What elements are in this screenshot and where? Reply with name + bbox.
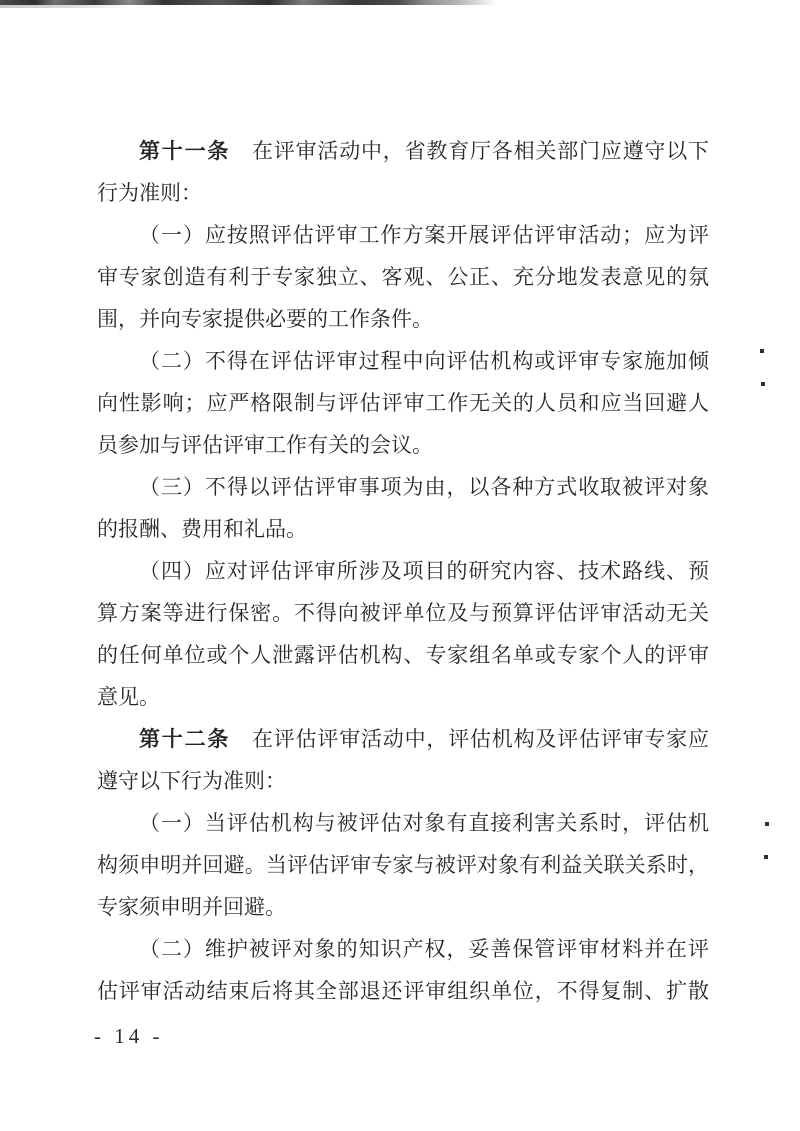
scan-speck xyxy=(764,855,768,859)
scan-speck xyxy=(761,382,765,386)
text-line: 专家须申明并回避。 xyxy=(97,886,709,928)
document-page: 第十一条 在评审活动中，省教育厅各相关部门应遵守以下行为准则：（一）应按照评估评… xyxy=(0,0,800,1131)
paragraph: （四）应对评估评审所涉及项目的研究内容、技术路线、预算方案等进行保密。不得向被评… xyxy=(97,550,709,718)
text-line: 行为准则： xyxy=(97,172,709,214)
text-line: 意见。 xyxy=(97,676,709,718)
text-line: （一）应按照评估评审工作方案开展评估评审活动；应为评 xyxy=(97,214,709,256)
paragraph: 第十二条 在评估评审活动中，评估机构及评估评审专家应遵守以下行为准则： xyxy=(97,718,709,802)
text-line: 构须申明并回避。当评估评审专家与被评对象有利益关联关系时， xyxy=(97,844,709,886)
text-line: 第十二条 在评估评审活动中，评估机构及评估评审专家应 xyxy=(97,718,709,760)
text-line: 的任何单位或个人泄露评估机构、专家组名单或专家个人的评审 xyxy=(97,634,709,676)
text-line: （四）应对评估评审所涉及项目的研究内容、技术路线、预 xyxy=(97,550,709,592)
paragraph: （二）不得在评估评审过程中向评估机构或评审专家施加倾向性影响；应严格限制与评估评… xyxy=(97,340,709,466)
text-line: 估评审活动结束后将其全部退还评审组织单位，不得复制、扩散 xyxy=(97,970,709,1012)
article-number: 第十一条 xyxy=(139,139,230,163)
text-line: 算方案等进行保密。不得向被评单位及与预算评估评审活动无关 xyxy=(97,592,709,634)
text-line: （一）当评估机构与被评估对象有直接利害关系时，评估机 xyxy=(97,802,709,844)
text-line: （三）不得以评估评审事项为由，以各种方式收取被评对象 xyxy=(97,466,709,508)
text-line: 审专家创造有利于专家独立、客观、公正、充分地发表意见的氛 xyxy=(97,256,709,298)
scan-speck xyxy=(765,822,769,826)
text-line: （二）不得在评估评审过程中向评估机构或评审专家施加倾 xyxy=(97,340,709,382)
text-line: 遵守以下行为准则： xyxy=(97,760,709,802)
paragraph: （二）维护被评对象的知识产权，妥善保管评审材料并在评估评审活动结束后将其全部退还… xyxy=(97,928,709,1012)
text-line: 向性影响；应严格限制与评估评审工作无关的人员和应当回避人 xyxy=(97,382,709,424)
text-line: 第十一条 在评审活动中，省教育厅各相关部门应遵守以下 xyxy=(97,130,709,172)
document-body: 第十一条 在评审活动中，省教育厅各相关部门应遵守以下行为准则：（一）应按照评估评… xyxy=(97,130,709,1012)
scan-speck xyxy=(760,349,764,353)
paragraph: （一）应按照评估评审工作方案开展评估评审活动；应为评审专家创造有利于专家独立、客… xyxy=(97,214,709,340)
text-line: 围，并向专家提供必要的工作条件。 xyxy=(97,298,709,340)
scan-artifact-top-edge-faint xyxy=(0,5,130,8)
article-number: 第十二条 xyxy=(139,727,230,751)
paragraph: 第十一条 在评审活动中，省教育厅各相关部门应遵守以下行为准则： xyxy=(97,130,709,214)
text-line: 的报酬、费用和礼品。 xyxy=(97,508,709,550)
text-line: 员参加与评估评审工作有关的会议。 xyxy=(97,424,709,466)
page-number: - 14 - xyxy=(94,1024,164,1049)
paragraph: （三）不得以评估评审事项为由，以各种方式收取被评对象的报酬、费用和礼品。 xyxy=(97,466,709,550)
text-line: （二）维护被评对象的知识产权，妥善保管评审材料并在评 xyxy=(97,928,709,970)
paragraph: （一）当评估机构与被评估对象有直接利害关系时，评估机构须申明并回避。当评估评审专… xyxy=(97,802,709,928)
